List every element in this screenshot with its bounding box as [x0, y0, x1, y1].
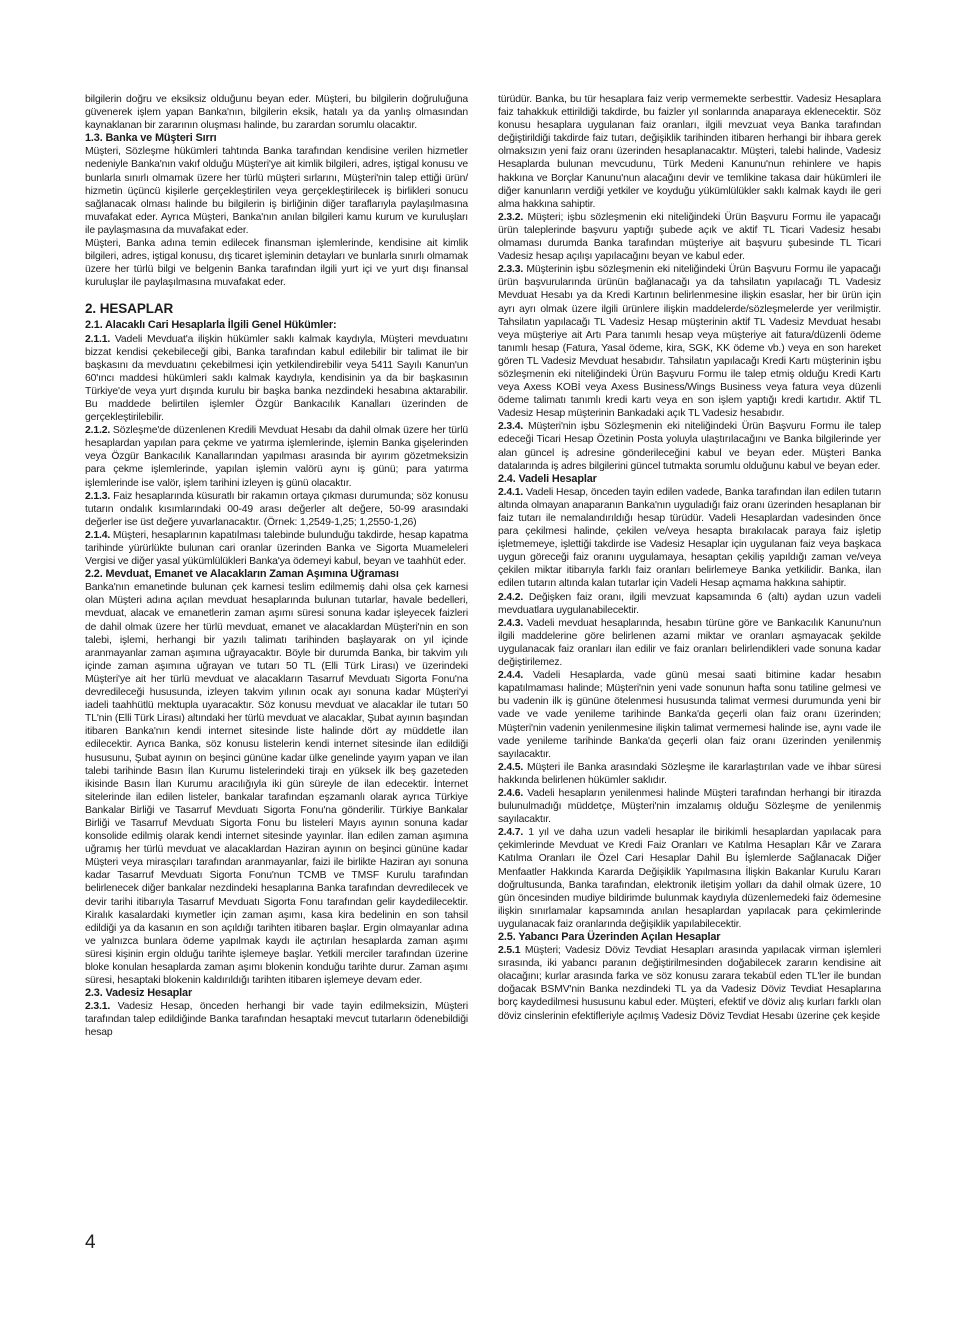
paragraph-text: Müşteri, Banka adına temin edilecek fina… [85, 238, 468, 288]
paragraph: 2.4.2. Değişken faiz oranı, ilgili mevzu… [498, 591, 881, 617]
paragraph-text: Müşteri ile Banka arasındaki Sözleşme il… [498, 762, 881, 786]
clause-number: 2.4.4. [498, 670, 523, 681]
paragraph: 2.1.1. Vadeli Mevduat'a ilişkin hükümler… [85, 333, 468, 425]
paragraph: 2.3.4. Müşteri'nin işbu Sözleşmenin eki … [498, 420, 881, 472]
paragraph: 2.4.4. Vadeli Hesaplarda, vade günü mesa… [498, 669, 881, 761]
paragraph: 2.3.2. Müşteri; işbu sözleşmenin eki nit… [498, 211, 881, 263]
paragraph-text: Vadeli Mevduat'a ilişkin hükümler saklı … [85, 334, 468, 424]
subsection-heading: 2.3. Vadesiz Hesaplar [85, 987, 468, 1000]
paragraph: 2.1.2. Sözleşme'de düzenlenen Kredili Me… [85, 424, 468, 489]
column-right: türüdür. Banka, bu tür hesaplara faiz ve… [498, 93, 881, 1040]
clause-number: 2.1.1. [85, 334, 110, 345]
paragraph-text: Vadeli Hesap, önceden tayin edilen vaded… [498, 487, 881, 590]
clause-number: 2.1.4. [85, 530, 110, 541]
paragraph: 2.4.5. Müşteri ile Banka arasındaki Sözl… [498, 761, 881, 787]
paragraph: türüdür. Banka, bu tür hesaplara faiz ve… [498, 93, 881, 211]
section-heading: 2. HESAPLAR [85, 301, 468, 317]
paragraph: Müşteri, Banka adına temin edilecek fina… [85, 237, 468, 289]
paragraph-text: Banka'nın emanetinde bulunan çek karnesi… [85, 582, 468, 986]
paragraph-text: Müşteri; Vadesiz Döviz Tevdiat Hesapları… [498, 945, 881, 1021]
paragraph-text: 1 yıl ve daha uzun vadeli hesaplar ile b… [498, 827, 881, 930]
paragraph-text: Değişken faiz oranı, ilgili mevzuat kaps… [498, 592, 881, 616]
clause-number: 2.4.7. [498, 827, 523, 838]
subsection-heading: 2.2. Mevduat, Emanet ve Alacakların Zama… [85, 568, 468, 581]
paragraph-text: bilgilerin doğru ve eksiksiz olduğunu be… [85, 94, 468, 131]
clause-number: 2.3.4. [498, 421, 523, 432]
paragraph-text: Vadeli mevduat hesaplarında, hesabın tür… [498, 618, 881, 668]
paragraph-text: Vadeli Hesaplarda, vade günü mesai saati… [498, 670, 881, 760]
clause-number: 2.1.3. [85, 491, 110, 502]
paragraph: 2.4.3. Vadeli mevduat hesaplarında, hesa… [498, 617, 881, 669]
paragraph: 2.3.1. Vadesiz Hesap, önceden herhangi b… [85, 1000, 468, 1039]
paragraph-text: Müşteri'nin işbu Sözleşmenin eki niteliğ… [498, 421, 881, 471]
paragraph: 2.3.3. Müşterinin işbu sözleşmenin eki n… [498, 263, 881, 420]
subsection-heading: 2.1. Alacaklı Cari Hesaplarla İlgili Gen… [85, 319, 468, 332]
clause-number: 2.4.5. [498, 762, 523, 773]
clause-number: 2.1.2. [85, 425, 110, 436]
clause-number: 2.4.6. [498, 788, 523, 799]
document-page: bilgilerin doğru ve eksiksiz olduğunu be… [85, 93, 881, 1040]
paragraph: Müşteri, Sözleşme hükümleri tahtında Ban… [85, 145, 468, 237]
paragraph: Banka'nın emanetinde bulunan çek karnesi… [85, 581, 468, 987]
clause-number: 2.4.3. [498, 618, 523, 629]
paragraph: 2.1.3. Faiz hesaplarında küsuratlı bir r… [85, 490, 468, 529]
paragraph-text: Müşteri, Sözleşme hükümleri tahtında Ban… [85, 146, 468, 236]
clause-number: 2.4.2. [498, 592, 523, 603]
paragraph: 2.1.4. Müşteri, hesaplarının kapatılması… [85, 529, 468, 568]
subsection-heading: 1.3. Banka ve Müşteri Sırrı [85, 132, 468, 145]
clause-number: 2.5.1 [498, 945, 520, 956]
subsection-heading: 2.5. Yabancı Para Üzerinden Açılan Hesap… [498, 931, 881, 944]
paragraph-text: türüdür. Banka, bu tür hesaplara faiz ve… [498, 94, 881, 210]
column-left: bilgilerin doğru ve eksiksiz olduğunu be… [85, 93, 468, 1040]
clause-number: 2.3.2. [498, 212, 523, 223]
page-number: 4 [85, 1232, 96, 1254]
paragraph-text: Vadeli hesapların yenilenmesi halinde Mü… [498, 788, 881, 825]
clause-number: 2.4.1. [498, 487, 523, 498]
paragraph-text: Müşteri, hesaplarının kapatılması talebi… [85, 530, 468, 567]
subsection-heading: 2.4. Vadeli Hesaplar [498, 473, 881, 486]
paragraph-text: Müşterinin işbu sözleşmenin eki niteliği… [498, 264, 881, 419]
paragraph: 2.4.6. Vadeli hesapların yenilenmesi hal… [498, 787, 881, 826]
paragraph: 2.5.1 Müşteri; Vadesiz Döviz Tevdiat Hes… [498, 944, 881, 1023]
paragraph-text: Vadesiz Hesap, önceden herhangi bir vade… [85, 1001, 468, 1038]
paragraph: 2.4.1. Vadeli Hesap, önceden tayin edile… [498, 486, 881, 591]
clause-number: 2.3.1. [85, 1001, 110, 1012]
clause-number: 2.3.3. [498, 264, 523, 275]
paragraph-text: Faiz hesaplarında küsuratlı bir rakamın … [85, 491, 468, 528]
paragraph-text: Sözleşme'de düzenlenen Kredili Mevduat H… [85, 425, 468, 488]
paragraph: 2.4.7. 1 yıl ve daha uzun vadeli hesapla… [498, 826, 881, 931]
paragraph: bilgilerin doğru ve eksiksiz olduğunu be… [85, 93, 468, 132]
paragraph-text: Müşteri; işbu sözleşmenin eki niteliğind… [498, 212, 881, 262]
